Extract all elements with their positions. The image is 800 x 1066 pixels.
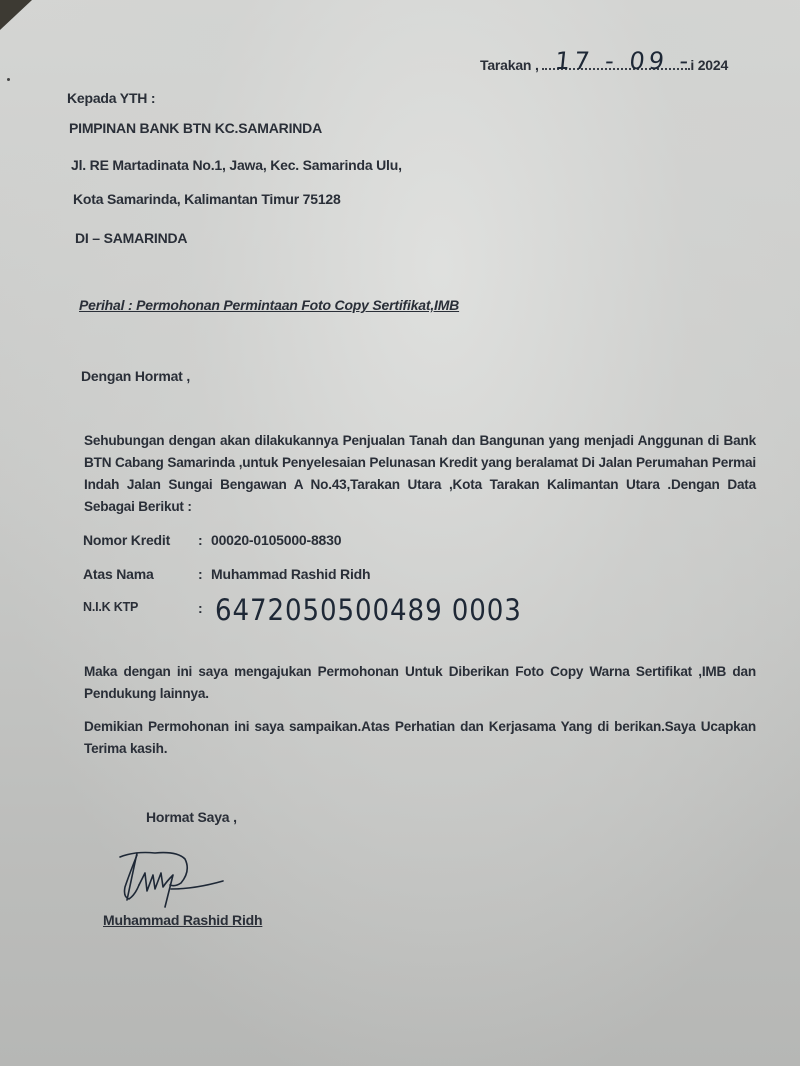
year-suffix: i 2024	[690, 57, 728, 73]
body-paragraph-3: Demikian Permohonan ini saya sampaikan.A…	[84, 716, 756, 760]
letter-paper: Tarakan , i 2024 17 - 09 - Kepada YTH : …	[0, 0, 800, 1066]
greeting: Dengan Hormat ,	[81, 368, 190, 384]
field-value-atas-nama: Muhammad Rashid Ridh	[211, 566, 370, 582]
subject-line: Perihal : Permohonan Permintaan Foto Cop…	[79, 297, 459, 313]
body-paragraph-2: Maka dengan ini saya mengajukan Permohon…	[84, 661, 756, 705]
recipient-salutation: Kepada YTH :	[67, 90, 155, 106]
field-label-atas-nama: Atas Nama	[83, 566, 154, 582]
background-corner	[0, 0, 32, 30]
field-label-nik-ktp: N.I.K KTP	[83, 600, 138, 614]
signer-name: Muhammad Rashid Ridh	[103, 912, 262, 928]
field-value-nik-handwritten: 6472050500489 0003	[215, 593, 522, 627]
recipient-name: PIMPINAN BANK BTN KC.SAMARINDA	[69, 120, 322, 136]
field-separator: :	[198, 600, 202, 616]
place-label: Tarakan ,	[480, 57, 539, 73]
field-label-nomor-kredit: Nomor Kredit	[83, 532, 170, 548]
body-paragraph-1: Sehubungan dengan akan dilakukannya Penj…	[84, 430, 756, 518]
closing: Hormat Saya ,	[146, 809, 237, 825]
recipient-address-line2: Kota Samarinda, Kalimantan Timur 75128	[73, 191, 341, 207]
paper-speck	[7, 78, 10, 81]
handwritten-date: 17 - 09 -	[554, 47, 694, 75]
field-separator: :	[198, 532, 202, 548]
field-separator: :	[198, 566, 202, 582]
field-value-nomor-kredit: 00020-0105000-8830	[211, 532, 341, 548]
recipient-address-line1: Jl. RE Martadinata No.1, Jawa, Kec. Sama…	[71, 157, 402, 173]
recipient-city: DI – SAMARINDA	[75, 230, 187, 246]
